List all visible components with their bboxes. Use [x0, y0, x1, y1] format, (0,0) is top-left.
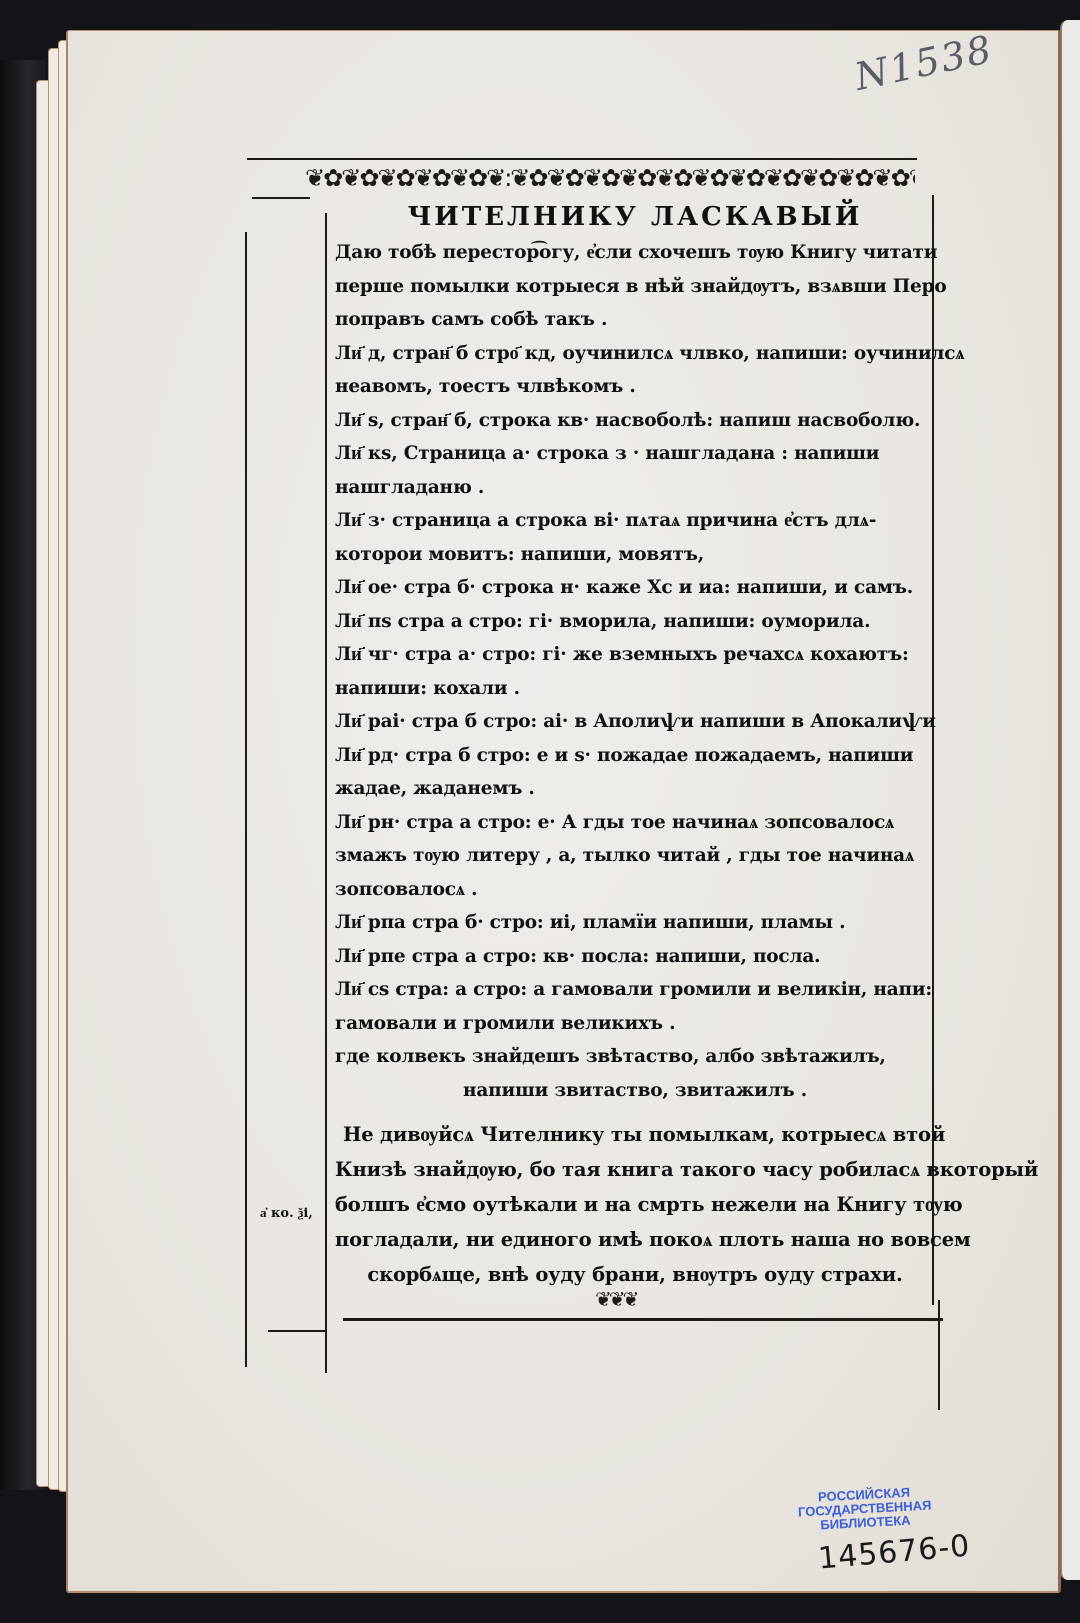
errata-text: ЧИТЕЛНИКУ ЛАСКАВЫЙ Даю тобѣ перестор͡огу…	[335, 200, 935, 1292]
text-line: поправъ самъ собѣ такъ .	[335, 303, 935, 337]
text-line: Ли҃ д, стран҃ б стро҃ кд, оучинилсѧ члвк…	[335, 337, 935, 371]
text-line: где колвекъ знайдешъ звѣтаство, албо звѣ…	[335, 1040, 935, 1074]
text-line: перше помылки котрыеся в нѣй знайдѹтъ, в…	[335, 270, 935, 304]
text-line: Ли҃ з· страница а строка ві· пѧтаѧ причи…	[335, 504, 935, 538]
text-line: которои мовитъ: напиши, мовятъ,	[335, 538, 935, 572]
frame-right-rule-lower	[938, 1300, 940, 1410]
text-line: Не дивѹйсѧ Чителнику ты помылкам, котрые…	[335, 1117, 935, 1152]
text-line: Книзѣ знайдѹю, бо тая книга такого часу …	[335, 1152, 935, 1187]
closing-paragraph: Не дивѹйсѧ Чителнику ты помылкам, котрые…	[335, 1117, 935, 1292]
facing-page-edge	[1060, 20, 1080, 1580]
text-line: неавомъ, тоестъ члвѣкомъ .	[335, 370, 935, 404]
frame-inner-left-rule	[325, 213, 327, 1373]
text-line: Ли҃ рпе стра а стро: кв· посла: напиши, …	[335, 940, 935, 974]
fleuron-tailpiece-icon: ❦❦❦	[595, 1287, 636, 1311]
text-line: Ли҃ пѕ стра а стро: гі· вморила, напиши:…	[335, 605, 935, 639]
frame-left-outer-rule	[245, 232, 247, 1367]
errata-paragraph: Даю тобѣ перестор͡огу, е҆сли схочешъ тѹю…	[335, 236, 935, 1107]
text-line: Ли҃ ое· стра б· строка н· каже Хс и иа: …	[335, 571, 935, 605]
text-line: Ли҃ кѕ, Страница а· строка з · нашгладан…	[335, 437, 935, 471]
frame-left-tick	[252, 197, 310, 199]
text-line: Ли҃ сѕ стра: а стро: а гамовали громили …	[335, 973, 935, 1007]
text-line: Ли҃ рпа стра б· стро: иі, пламїи напиши,…	[335, 906, 935, 940]
margin-note: а҆ ко. ѯі,	[260, 1205, 313, 1221]
text-line: Ли҃ рн· стра а стро: е· А гды тое начина…	[335, 806, 935, 840]
text-line: нашгладаню .	[335, 471, 935, 505]
fleuron-band-icon: ❦✿❦✿❦✿❦✿❦✿❦:❦✿❦✿❦✿❦✿❦✿❦✿❦✿❦✿❦✿❦✿❦✿❦✿❦	[305, 160, 915, 196]
text-line: змажъ тѹю литеру , а, тылко читай , гды …	[335, 839, 935, 873]
text-line: Ли҃ чг· стра а· стро: гі· же вземныхъ ре…	[335, 638, 935, 672]
text-line: Ли҃ рд· стра б стро: е и ѕ· пожадае пожа…	[335, 739, 935, 773]
frame-left-bottom-tick	[268, 1330, 326, 1332]
library-stamp: РОССИЙСКАЯ ГОСУДАРСТВЕННАЯ БИБЛИОТЕКА	[797, 1485, 933, 1534]
text-line: погладали, ни единого имѣ покоѧ плоть на…	[335, 1222, 935, 1257]
text-line: гамовали и громили великихъ .	[335, 1007, 935, 1041]
text-line: Ли҃ раі· стра б стро: аі· в Аполиѱи напи…	[335, 705, 935, 739]
text-line: Даю тобѣ перестор͡огу, е҆сли схочешъ тѹю…	[335, 236, 935, 270]
text-line: Ли҃ ѕ, стран҃ б, строка кв· насвоболѣ: н…	[335, 404, 935, 438]
text-line: напиши звитаство, звитажилъ .	[335, 1074, 935, 1108]
text-line: зопсовалосѧ .	[335, 873, 935, 907]
text-line: напиши: кохали .	[335, 672, 935, 706]
bottom-rule	[343, 1318, 943, 1321]
page-title: ЧИТЕЛНИКУ ЛАСКАВЫЙ	[335, 202, 935, 232]
text-line: жадае, жаданемъ .	[335, 772, 935, 806]
text-line: болшъ е҆смо оутѣкали и на смрть нежели н…	[335, 1187, 935, 1222]
